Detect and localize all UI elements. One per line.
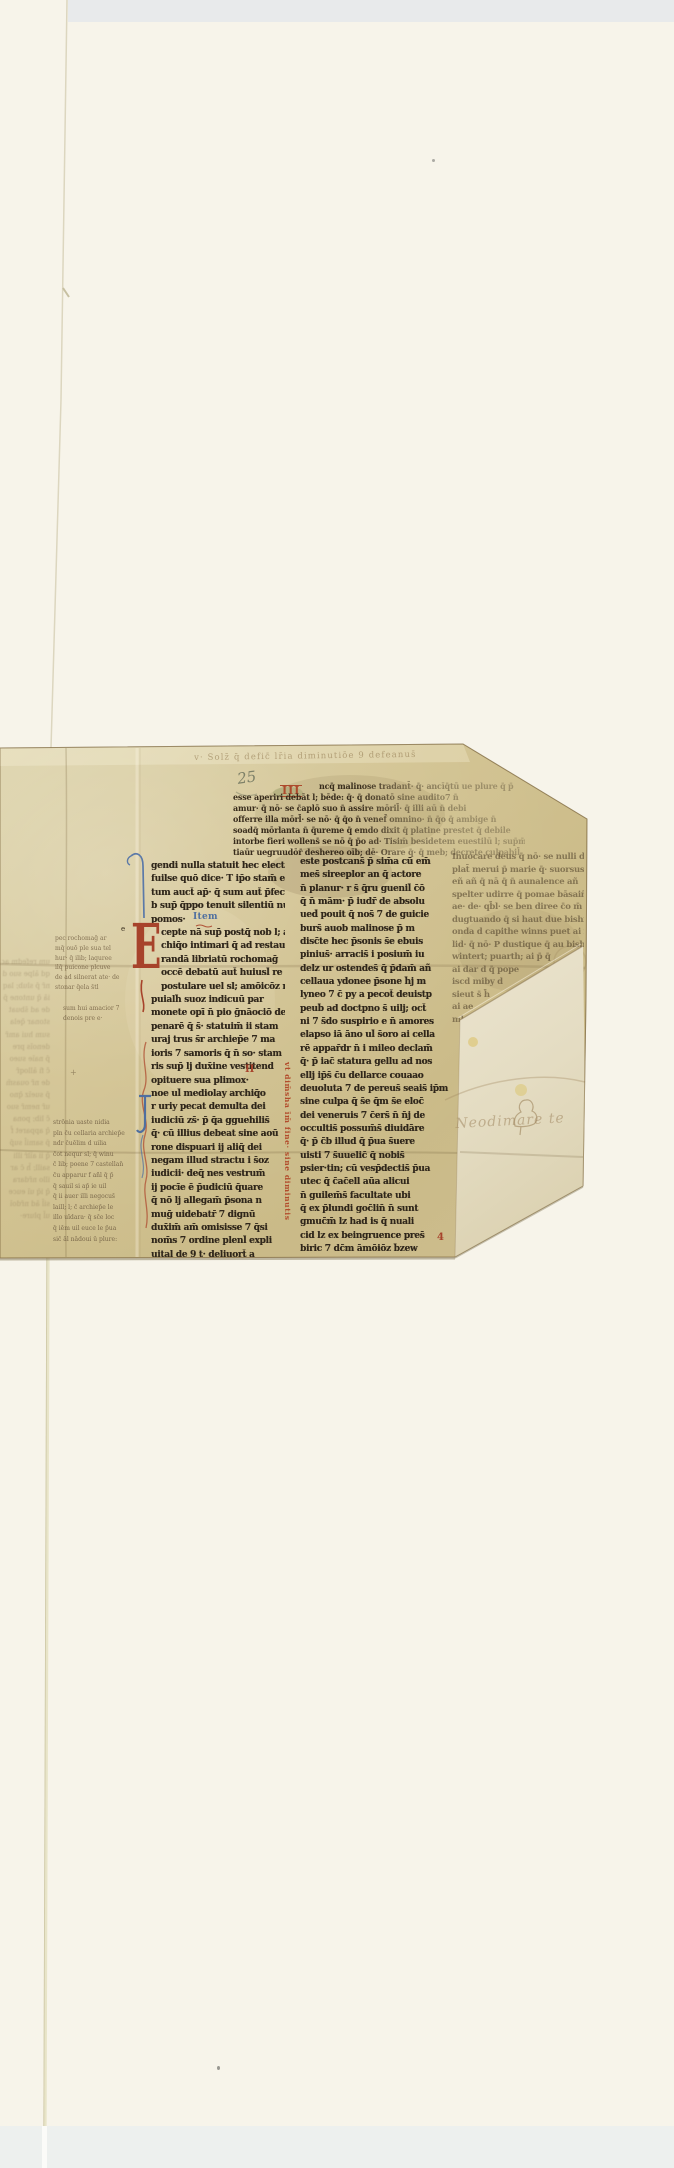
- photo-stage: v· Solz̄ q̄ defic̄ lr̄ia diminutiōe 9 de…: [0, 0, 674, 2168]
- yellow-stain: [515, 1084, 527, 1096]
- fragment-bottom-shadow: [0, 1259, 455, 1260]
- folded-corner-flap: [455, 946, 585, 1257]
- fold-flap-artwork: [0, 0, 674, 2168]
- yellow-stain: [468, 1037, 478, 1047]
